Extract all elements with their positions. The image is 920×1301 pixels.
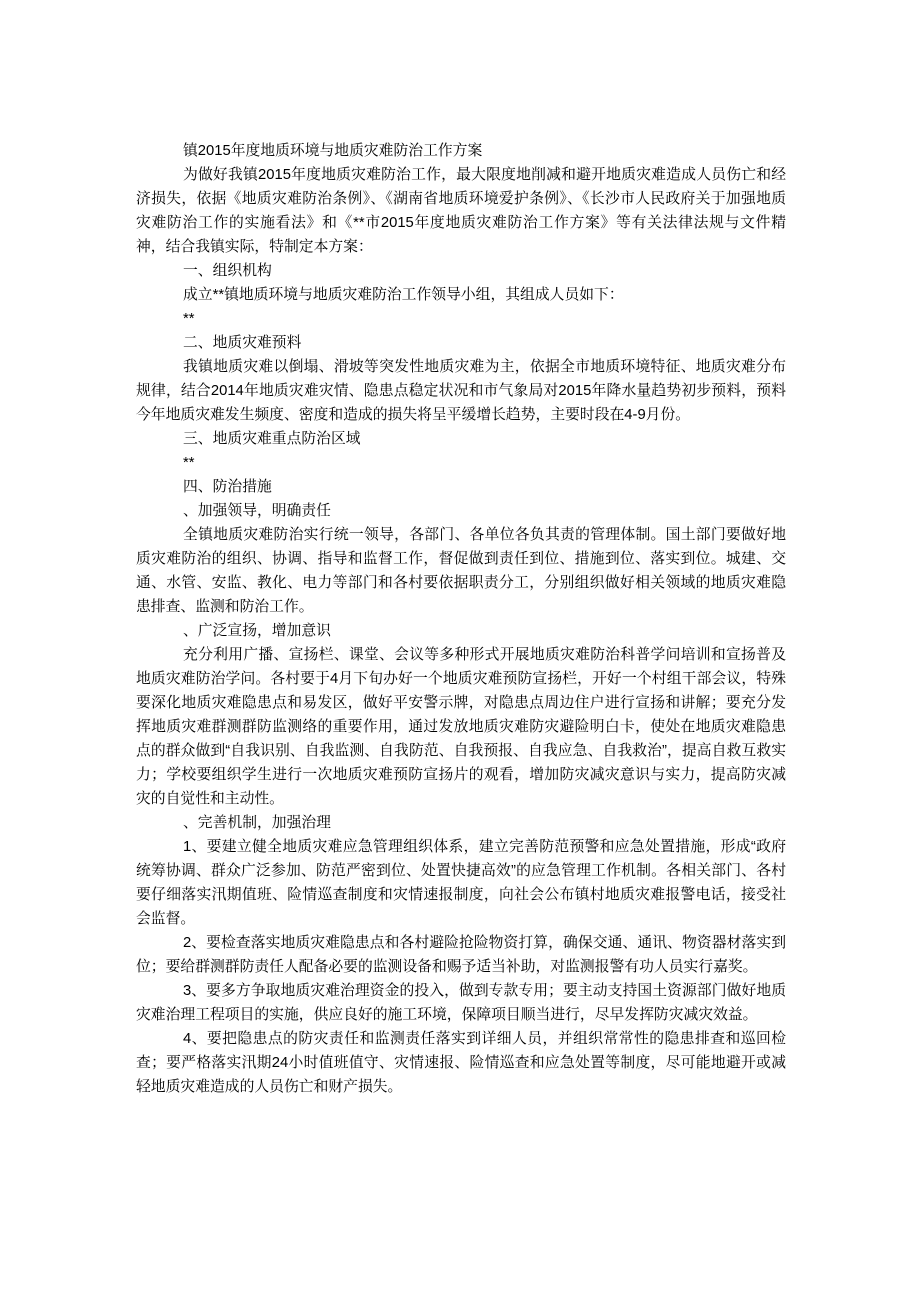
document-title: 镇2015年度地质环境与地质灾难防治工作方案 (136, 139, 786, 163)
para-disaster-forecast: 我镇地质灾难以倒塌、滑坡等突发性地质灾难为主，依据全市地质环境特征、地质灾难分布… (136, 355, 786, 427)
intro-paragraph: 为做好我镇2015年度地质灾难防治工作，最大限度地削减和避开地质灾难造成人员伤亡… (136, 163, 786, 259)
heading-section-4: 四、防治措施 (136, 475, 786, 499)
para-leading-group: 成立**镇地质环境与地质灾难防治工作领导小组，其组成人员如下： (136, 283, 786, 307)
heading-section-2: 二、地质灾难预料 (136, 331, 786, 355)
para-publicity-training: 充分利用广播、宣扬栏、课堂、会议等多种形式开展地质灾难防治科普学问培训和宣扬普及… (136, 643, 786, 811)
document-body: 镇2015年度地质环境与地质灾难防治工作方案 为做好我镇2015年度地质灾难防治… (136, 139, 786, 1099)
para-item-3-funding: 3、要多方争取地质灾难治理资金的投入，做到专款专用；要主动支持国土资源部门做好地… (136, 979, 786, 1027)
placeholder-asterisks-2: ** (136, 451, 786, 475)
heading-section-1: 一、组织机构 (136, 259, 786, 283)
para-leadership-responsibility: 全镇地质灾难防治实行统一领导，各部门、各单位各负其责的管理体制。国土部门要做好地… (136, 523, 786, 619)
placeholder-asterisks-1: ** (136, 307, 786, 331)
para-item-4-duty-implementation: 4、要把隐患点的防灾责任和监测责任落实到详细人员，并组织常常性的隐患排查和巡回检… (136, 1027, 786, 1099)
subheading-strengthen-leadership: 、加强领导，明确责任 (136, 499, 786, 523)
subheading-publicity-awareness: 、广泛宣扬，增加意识 (136, 619, 786, 643)
heading-section-3: 三、地质灾难重点防治区域 (136, 427, 786, 451)
para-item-1-emergency-system: 1、要建立健全地质灾难应急管理组织体系，建立完善防范预警和应急处置措施，形成“政… (136, 835, 786, 931)
subheading-improve-mechanism: 、完善机制，加强治理 (136, 811, 786, 835)
document-page: 镇2015年度地质环境与地质灾难防治工作方案 为做好我镇2015年度地质灾难防治… (0, 0, 920, 1301)
para-item-2-material-inspection: 2、要检查落实地质灾难隐患点和各村避险抢险物资打算，确保交通、通讯、物资器材落实… (136, 931, 786, 979)
